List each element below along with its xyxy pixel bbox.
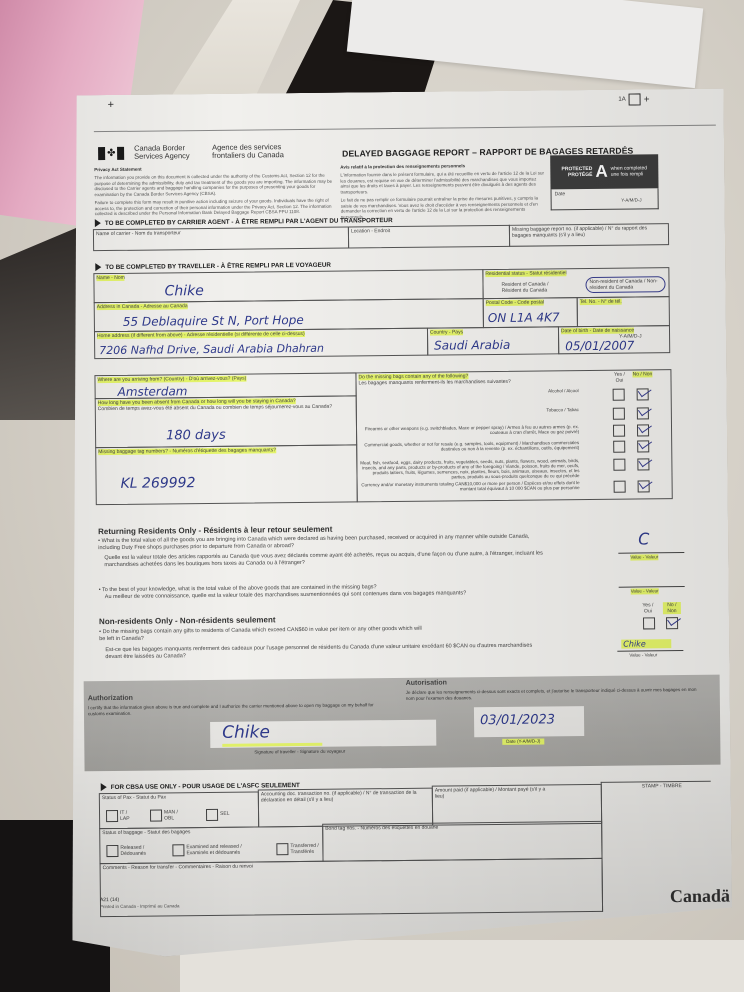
accounting-doc-field[interactable]: Accounting doc. transaction no. (if appl… [258, 788, 433, 828]
pax-it-checkbox[interactable] [106, 810, 118, 822]
resident-option[interactable]: Resident of Canada / Résident du Canada [501, 281, 561, 294]
pax-sel-checkbox[interactable] [206, 809, 218, 821]
copy-checkbox [629, 93, 641, 105]
non-resident-value[interactable]: Chike [621, 639, 672, 649]
pax-man-checkbox[interactable] [150, 809, 162, 821]
authorization-title-en: Authorization [88, 695, 133, 702]
goods-item-yes-checkbox[interactable] [613, 441, 625, 453]
non-resident-option-circled[interactable]: Non-resident of Canada / Non-résident du… [585, 276, 665, 293]
postal-code-field[interactable]: Postal Code - Code postal ON L1A 4K7 [483, 297, 578, 328]
copy-marker: 1A + [618, 93, 649, 105]
goods-item-no-checkbox[interactable] [637, 388, 649, 400]
pax-status-field: Status of Pax - Statut du Pax IT / LAP M… [99, 791, 259, 829]
returning-residents-title: Returning Residents Only - Résidents à l… [98, 525, 332, 536]
protected-a-banner: PROTECTEDPROTÉGÉ A when completedune foi… [550, 154, 658, 189]
goods-item-yes-checkbox[interactable] [613, 459, 625, 471]
carrier-name-field[interactable]: Name of carrier - Nom du transporteur [93, 226, 349, 251]
home-address-field[interactable]: Home address (if different from above) -… [94, 328, 428, 359]
date-of-birth-field[interactable]: Date of birth - Date de naissance Y-A/M/… [558, 325, 670, 354]
goods-item-no-checkbox[interactable] [637, 458, 649, 470]
carrier-location-field[interactable]: Location - Endroit [348, 225, 510, 249]
goods-item-no-checkbox[interactable] [637, 407, 649, 419]
non-resident-no-label: No / Non [663, 602, 681, 614]
canada-wordmark: Canadä [670, 886, 730, 908]
goods-item-no-checkbox[interactable] [637, 440, 649, 452]
signature-field[interactable]: Chike [210, 720, 436, 748]
goods-item-yes-checkbox[interactable] [613, 425, 625, 437]
bond-tag-field[interactable]: Bond tag nos. - Numéros des étiquettes e… [322, 821, 602, 862]
country-field[interactable]: Country - Pays Saudi Arabia [427, 326, 559, 355]
goods-item-label: Currency and/or monetary instruments tot… [360, 480, 580, 492]
authorization-date-field[interactable]: 03/01/2023 [474, 706, 584, 737]
non-resident-q-en: • Do the missing bags contain any gifts … [99, 626, 429, 643]
authorization-text-en: I certify that the information given abo… [88, 702, 388, 716]
agency-name-fr: Agence des servicesfrontaliers du Canada [212, 143, 284, 160]
agency-name-en: Canada BorderServices Agency [134, 144, 190, 161]
goods-question-panel: Do the missing bags contain any of the f… [355, 369, 672, 502]
authorization-panel: Authorization Autorisation I certify tha… [84, 675, 721, 772]
goods-item-label: Alcohol / Alcool [359, 388, 579, 395]
signature-label: Signature of traveller - Signature du vo… [254, 749, 345, 755]
non-resident-yes-label: Yes / Oui [641, 602, 655, 614]
carrier-section-heading: TO BE COMPLETED BY CARRIER AGENT - À ÊTR… [95, 216, 393, 227]
copy-label: 1A [618, 97, 625, 103]
returning-q1-value-line[interactable]: Value - Valeur [618, 552, 684, 554]
privacy-statement-en: Privacy Act Statement The information yo… [94, 165, 340, 217]
returning-q1-en: • What is the total value of all the goo… [98, 534, 538, 553]
goods-item-yes-checkbox[interactable] [614, 481, 626, 493]
goods-item-label: Commercial goods, whether or not for res… [359, 440, 579, 452]
goods-item-label: Meat, fish, seafood, eggs, dairy product… [359, 458, 579, 480]
registration-mark: + [108, 99, 115, 111]
non-resident-value-line[interactable]: Value - Valeur [617, 650, 683, 652]
released-checkbox[interactable] [106, 845, 118, 857]
examined-released-checkbox[interactable] [172, 844, 184, 856]
authorization-text-fr: Je déclare que les renseignements ci-des… [406, 687, 706, 701]
delayed-baggage-form: + 1A + ✤ Canada BorderServices Agency Ag… [64, 89, 733, 958]
baggage-status-field: Status of baggage - Statut des bagages R… [99, 826, 323, 864]
returning-q1-fr: Quelle est la valeur totale des articles… [104, 550, 544, 569]
tag-numbers-field[interactable]: Missing baggage tag numbers? - Numéros d… [95, 444, 358, 505]
amount-paid-field[interactable]: Amount paid (if applicable) / Montant pa… [432, 784, 602, 826]
authorization-date-value: 03/01/2023 [480, 712, 555, 728]
header-date-field[interactable]: Date Y-A/M/D-J [551, 188, 659, 210]
returning-q1-value[interactable]: C [638, 529, 649, 548]
returning-q2-value-line[interactable]: Value - Valeur [619, 586, 685, 588]
non-resident-no-checkbox[interactable] [666, 617, 678, 629]
goods-item-yes-checkbox[interactable] [613, 408, 625, 420]
authorization-title-fr: Autorisation [406, 679, 447, 686]
form-code: A21 (14) Printed in Canada - Imprimé au … [100, 897, 180, 909]
authorization-date-label: Date (Y-A/M/D-J) [502, 738, 544, 744]
goods-item-no-checkbox[interactable] [638, 480, 650, 492]
report-number-field[interactable]: Missing baggage report no. (if applicabl… [509, 223, 669, 247]
top-rule [94, 125, 716, 133]
goods-item-label: Firearms or other weapons (e.g. switchbl… [359, 424, 579, 436]
canada-flag-icon: ✤ [98, 147, 125, 160]
goods-item-yes-checkbox[interactable] [613, 389, 625, 401]
traveller-section-heading: TO BE COMPLETED BY TRAVELLER - À ÊTRE RE… [95, 261, 331, 271]
non-resident-yes-checkbox[interactable] [643, 617, 655, 629]
signature-value: Chike [222, 722, 270, 742]
non-resident-q-fr: Est-ce que les bagages manquants renferm… [105, 643, 535, 662]
non-residents-title: Non-residents Only - Non-résidents seule… [99, 615, 276, 626]
goods-item-label: Tobacco / Tabac [359, 407, 579, 414]
telephone-field[interactable]: Tel. No. - N° de tél. [577, 296, 670, 327]
absence-duration-field[interactable]: How long have you been absent from Canad… [95, 395, 358, 448]
transferred-checkbox[interactable] [276, 843, 288, 855]
privacy-statement-fr: Avis relatif à la protection des renseig… [340, 162, 546, 219]
residential-status-field: Residential status - Statut résidentiel … [482, 267, 669, 299]
goods-item-no-checkbox[interactable] [637, 424, 649, 436]
